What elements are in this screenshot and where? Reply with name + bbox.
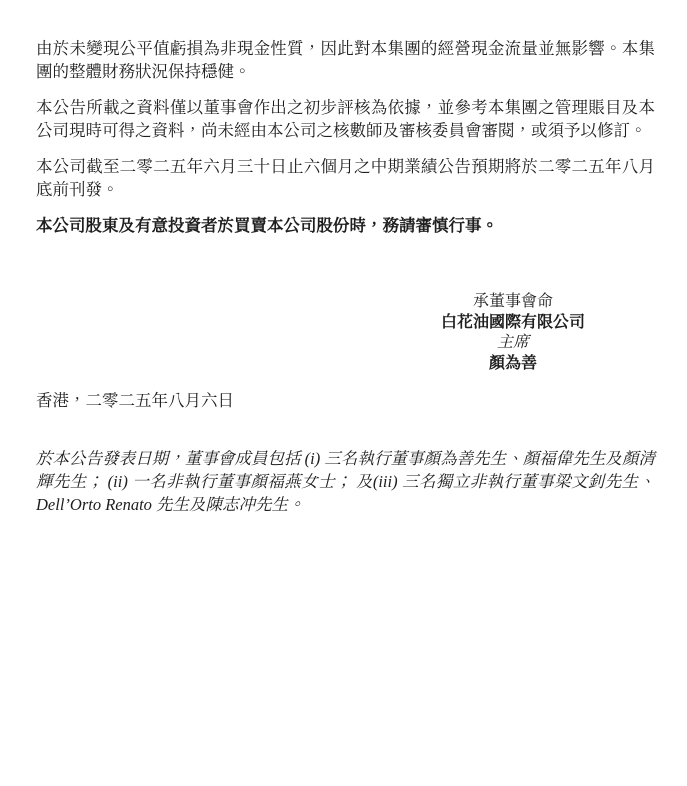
chairman-title: 主席 [363, 333, 663, 354]
paragraph-interim-results-timing: 本公司截至二零二五年六月三十日止六個月之中期業績公告預期將於二零二五年八月底前刊… [36, 155, 655, 201]
by-order-of-board-line: 承董事會命 [363, 292, 663, 313]
company-name: 白花油國際有限公司 [363, 313, 663, 334]
board-composition-note: 於本公告發表日期，董事會成員包括 (i) 三名執行董事顏為善先生、顏福偉先生及顏… [36, 447, 655, 516]
chairman-name: 顏為善 [363, 354, 663, 375]
place-and-date-line: 香港，二零二五年八月六日 [36, 389, 655, 412]
paragraph-shareholder-caution: 本公司股東及有意投資者於買賣本公司股份時，務請審慎行事。 [36, 214, 655, 237]
signature-block: 承董事會命 白花油國際有限公司 主席 顏為善 [363, 292, 663, 374]
document-page: 由於未變現公平值虧損為非現金性質，因此對本集團的經營現金流量並無影響。本集團的整… [0, 0, 687, 786]
paragraph-preliminary-assessment: 本公告所載之資料僅以董事會作出之初步評核為依據，並參考本集團之管理賬目及本公司現… [36, 96, 655, 142]
paragraph-cash-flow-impact: 由於未變現公平值虧損為非現金性質，因此對本集團的經營現金流量並無影響。本集團的整… [36, 37, 655, 83]
